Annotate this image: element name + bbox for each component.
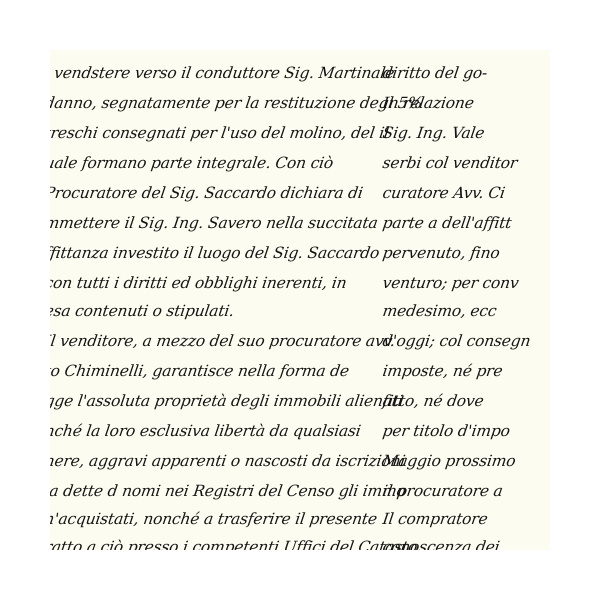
line-14-left-text: nere, aggravi apparenti o nascosti da is… [50, 452, 406, 470]
line-7-right-text: pervenuto, fino [381, 244, 500, 262]
line-2-right-text: In relazione [381, 94, 475, 112]
line-4-left-text: uale formano parte integrale. Con ciò [50, 154, 334, 172]
line-9-left-text: esa contenuti o stipulati. [50, 302, 235, 320]
line-16-left-text: h'acquistati, nonché a trasferire il pre… [50, 510, 378, 528]
line-8-left-text: con tutti i diritti ed obblighi inerenti… [50, 274, 348, 292]
line-5-left-text: Procuratore del Sig. Saccardo dichiara d… [50, 184, 364, 202]
line-15-right-text: il procuratore a [381, 482, 503, 500]
line-6-right-text: parte a dell'affitt [381, 214, 512, 232]
line-15-left-text: ia dette d nomi nei Registri del Censo g… [50, 482, 407, 500]
line-10-right-text: d'oggi; col consegn [381, 332, 531, 350]
line-1-left-text: l vendstere verso il conduttore Sig. Mar… [50, 64, 395, 82]
line-17-right-text: conoscenza dei [381, 538, 500, 550]
line-17-left-text: ratto a ciò presso i competenti Uffici d… [50, 538, 418, 550]
document-page: l vendstere verso il conduttore Sig. Mar… [0, 0, 600, 600]
line-11-left-text: to Chiminelli, garantisce nella forma de [50, 362, 350, 380]
line-3-left-text: treschi consegnati per l'uso del molino,… [50, 124, 390, 142]
line-6-left-text: mmettere il Sig. Ing. Savero nella succi… [50, 214, 379, 232]
manuscript-paper: l vendstere verso il conduttore Sig. Mar… [50, 50, 550, 550]
line-4-right-text: serbi col venditor [381, 154, 518, 172]
line-5-right-text: curatore Avv. Ci [381, 184, 506, 202]
line-13-left-text: nché la loro esclusiva libertà da qualsi… [50, 422, 362, 440]
line-2-left-text: danno, segnatamente per la restituzione … [50, 94, 423, 112]
line-8-right-text: venturo; per conv [381, 274, 519, 292]
line-12-left-text: gge l'assoluta proprietà degli immobili … [50, 392, 404, 410]
line-9-right-text: medesimo, ecc [381, 302, 497, 320]
line-3-right-text: Sig. Ing. Vale [381, 124, 485, 142]
line-1-right-text: diritto del go- [381, 64, 488, 82]
line-12-right-text: fitto, né dove [381, 392, 484, 410]
line-16-right-text: Il compratore [381, 510, 488, 528]
line-11-right-text: imposte, né pre [381, 362, 503, 380]
line-14-right-text: Maggio prossimo [381, 452, 516, 470]
line-7-left-text: ffittanza investito il luogo del Sig. Sa… [50, 244, 380, 262]
line-13-right-text: per titolo d'impo [381, 422, 511, 440]
line-10-left-text: Il venditore, a mezzo del suo procurator… [50, 332, 396, 350]
